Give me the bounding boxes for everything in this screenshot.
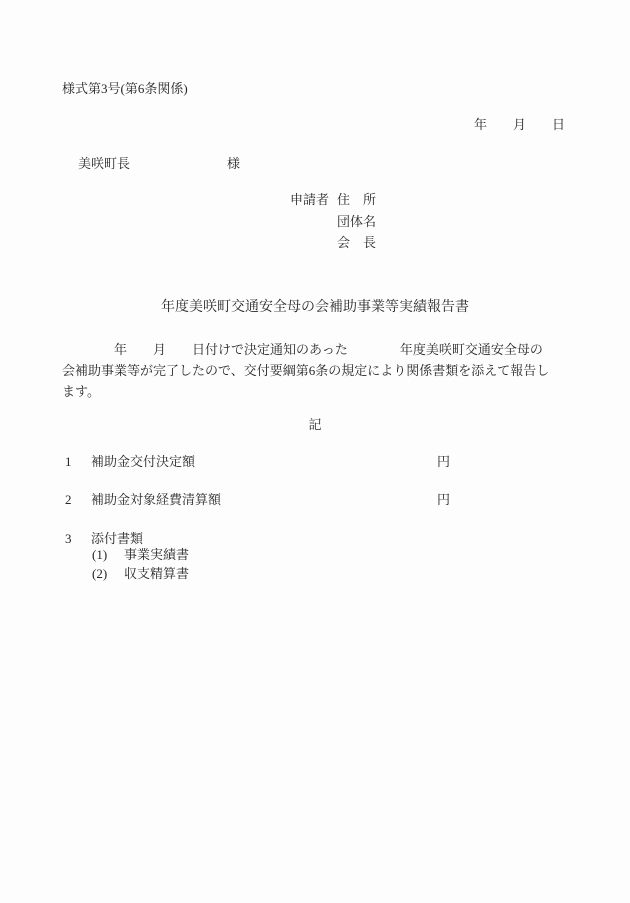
attachment-2-label: 収支精算書 (124, 564, 189, 583)
document-title: 年度美咲町交通安全母の会補助事業等実績報告書 (0, 298, 630, 317)
attachment-1-label: 事業実績書 (124, 545, 189, 564)
body-line-2: 会補助事業等が完了したので、交付要綱第6条の規定により関係書類を添えて報告し (62, 361, 549, 380)
addressee-honorific: 様 (227, 154, 240, 173)
applicant-field-chairperson: 会 長 (337, 233, 376, 252)
attachment-1-number: (1) (92, 545, 107, 564)
ki-heading: 記 (0, 415, 630, 434)
item-3-number: 3 (65, 529, 72, 548)
date-line: 年 月 日 (0, 115, 565, 134)
applicant-field-address: 住 所 (337, 190, 376, 209)
item-1-unit: 円 (437, 452, 450, 471)
document-page: 様式第3号(第6条関係) 年 月 日 美咲町長 様 申請者 住 所 団体名 会 … (0, 0, 630, 903)
form-number: 様式第3号(第6条関係) (62, 79, 188, 98)
body-line-1: 年 月 日付けで決定通知のあった 年度美咲町交通安全母の (62, 340, 543, 359)
body-line-3: ます。 (62, 382, 100, 401)
item-1-label: 補助金交付決定額 (91, 452, 195, 471)
addressee: 美咲町長 (78, 154, 130, 173)
applicant-label: 申請者 (290, 190, 329, 209)
applicant-field-organization: 団体名 (337, 212, 376, 231)
attachment-2-number: (2) (92, 564, 107, 583)
item-2-number: 2 (65, 490, 72, 509)
item-2-unit: 円 (437, 490, 450, 509)
item-1-number: 1 (65, 452, 72, 471)
item-2-label: 補助金対象経費清算額 (91, 490, 221, 509)
